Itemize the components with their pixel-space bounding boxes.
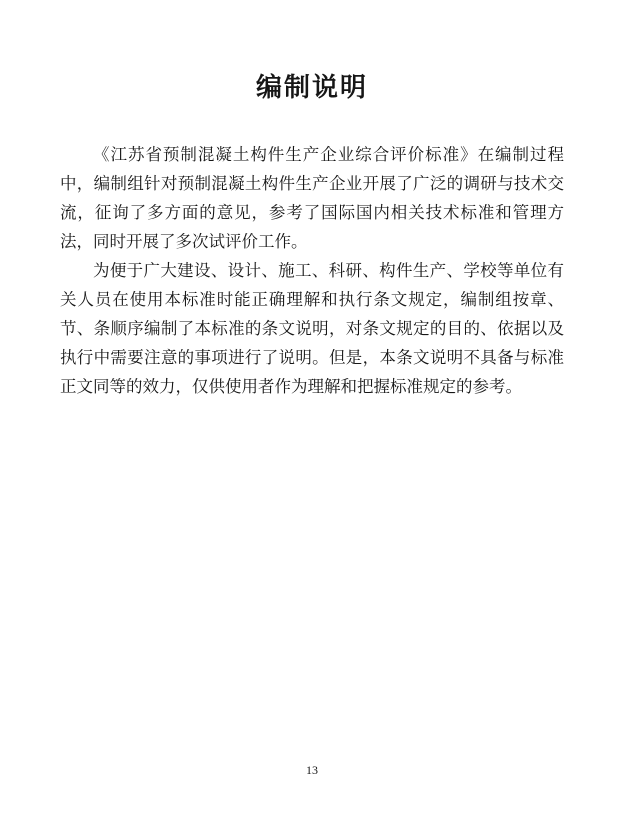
page-number-label: 13: [0, 762, 624, 778]
paragraph-1: 《江苏省预制混凝土构件生产企业综合评价标准》在编制过程中，编制组针对预制混凝土构…: [60, 140, 564, 256]
document-page: 编制说明 《江苏省预制混凝土构件生产企业综合评价标准》在编制过程中，编制组针对预…: [0, 0, 624, 817]
document-title: 编制说明: [0, 73, 624, 103]
paragraph-2: 为便于广大建设、设计、施工、科研、构件生产、学校等单位有关人员在使用本标准时能正…: [60, 256, 564, 401]
document-body: 《江苏省预制混凝土构件生产企业综合评价标准》在编制过程中，编制组针对预制混凝土构…: [60, 140, 564, 401]
